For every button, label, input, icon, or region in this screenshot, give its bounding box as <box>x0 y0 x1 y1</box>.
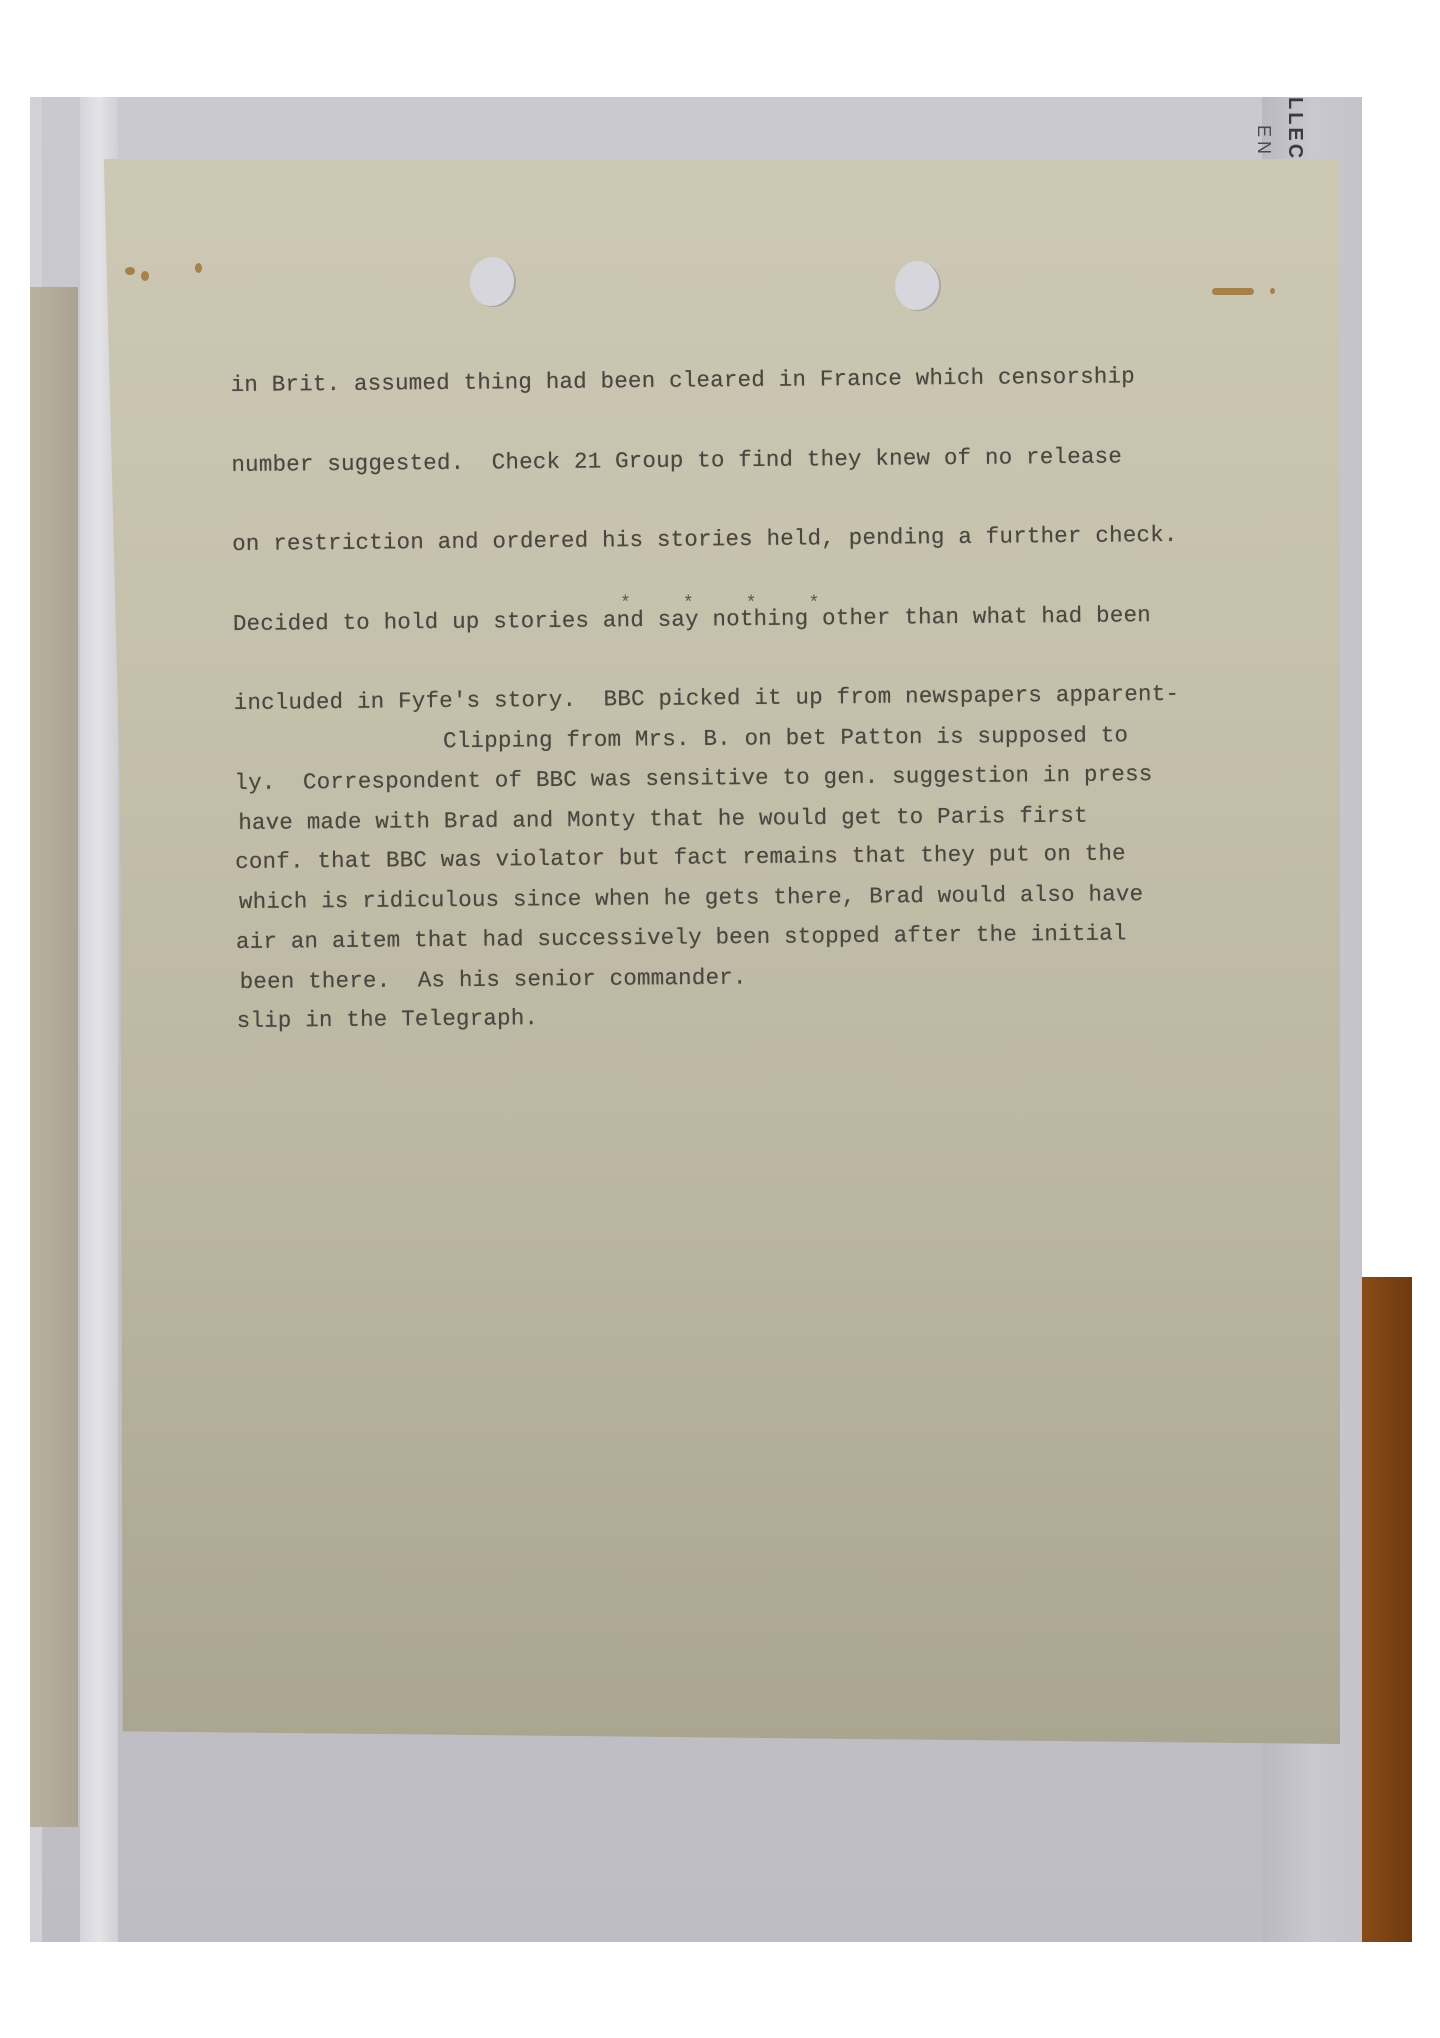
punch-hole-left <box>470 257 516 307</box>
underlying-sheet-edge <box>30 287 78 1827</box>
rust-stain <box>1212 288 1254 295</box>
text-line: been there. As his senior commander. <box>240 961 1145 995</box>
rust-stain <box>141 271 149 281</box>
asterisk: * <box>808 594 819 614</box>
document-photo: LLECTION ENHOD 1/2 Papers - Diary, Sep 1… <box>30 97 1412 1942</box>
section-separator: * * * * <box>620 594 819 614</box>
wood-edge <box>1362 1277 1412 1942</box>
typewritten-page: in Brit. assumed thing had been cleared … <box>85 159 1340 1744</box>
asterisk: * <box>746 594 757 614</box>
rust-stain <box>1270 288 1275 294</box>
text-line: in Brit. assumed thing had been cleared … <box>231 363 1177 399</box>
punch-hole-right <box>895 261 941 311</box>
paragraph-2: Clipping from Mrs. B. on bet Patton is s… <box>237 669 1145 1048</box>
asterisk: * <box>620 594 631 614</box>
rust-stain <box>195 263 202 273</box>
text-line: which is ridiculous since when he gets t… <box>239 881 1144 915</box>
text-line: number suggested. Check 21 Group to find… <box>231 442 1177 478</box>
right-background-edge <box>1362 97 1412 1277</box>
rust-stain <box>125 267 135 275</box>
asterisk: * <box>683 594 694 614</box>
text-line: Clipping from Mrs. B. on bet Patton is s… <box>237 722 1142 756</box>
text-line: on restriction and ordered his stories h… <box>232 522 1178 558</box>
text-line: have made with Brad and Monty that he wo… <box>238 802 1143 836</box>
